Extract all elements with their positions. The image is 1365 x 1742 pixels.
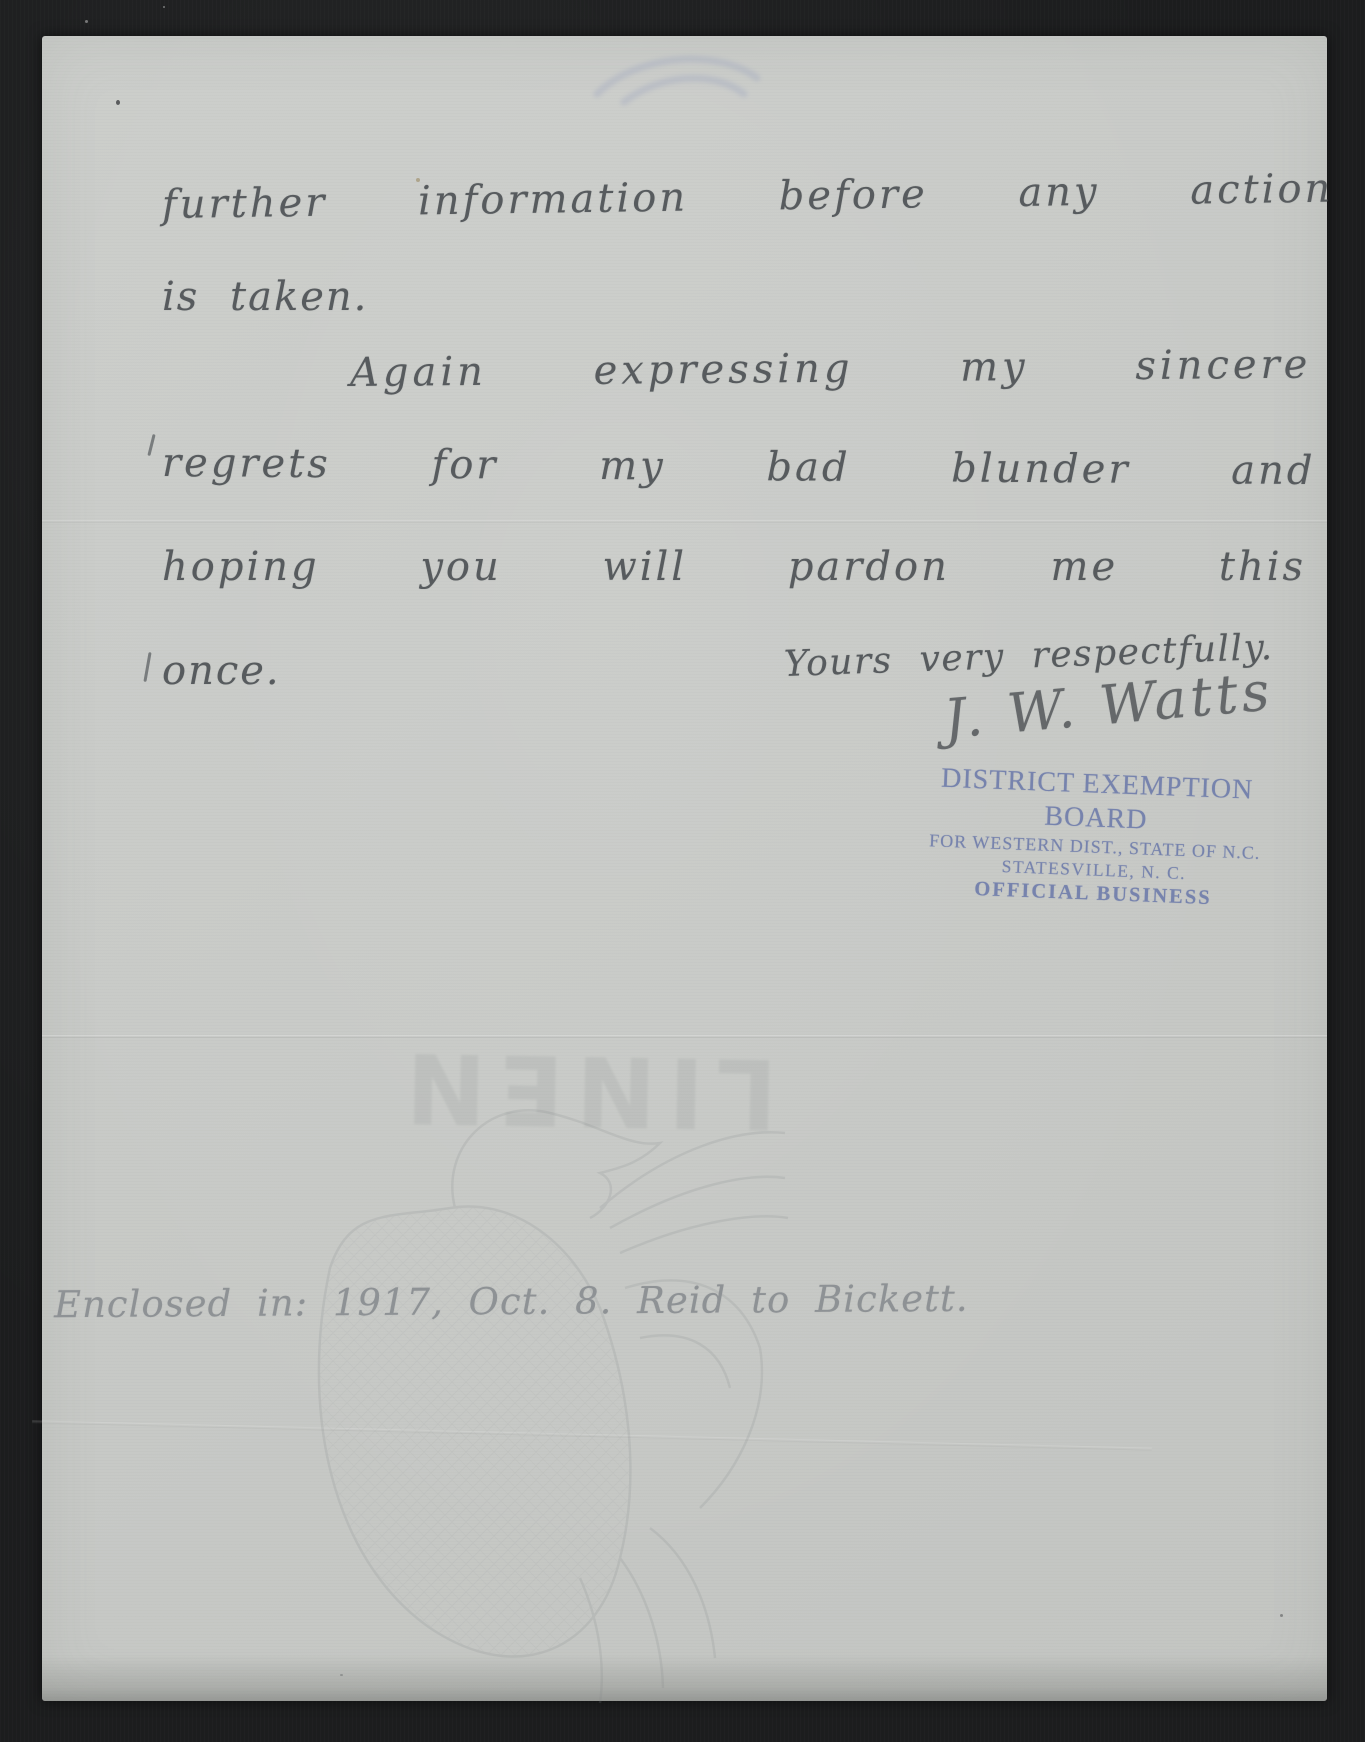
paper-speck	[116, 100, 120, 105]
exemption-board-stamp: DISTRICT EXEMPTION BOARD FOR WESTERN DIS…	[893, 760, 1298, 914]
eagle-emboss-showthrough	[270, 1088, 790, 1728]
handwritten-line: regrets for my bad blunder and	[162, 440, 1316, 494]
letter-page: LINEN further information before any act…	[42, 36, 1327, 1701]
paper-speck	[340, 1674, 343, 1676]
scan-background: LINEN further information before any act…	[0, 0, 1365, 1742]
ink-showthrough-smudge	[582, 36, 772, 116]
dust-speck	[163, 6, 165, 8]
handwritten-line: hoping you will pardon me this	[162, 544, 1306, 590]
handwritten-line: further information before any action	[162, 166, 1334, 228]
dust-speck	[85, 20, 88, 23]
handwritten-line: Again expressing my sincere	[350, 342, 1312, 396]
archival-note: Enclosed in: 1917, Oct. 8. Reid to Bicke…	[54, 1277, 969, 1326]
stray-pen-mark	[143, 652, 151, 682]
paper-speck	[416, 178, 420, 182]
fold-crease	[42, 520, 1327, 523]
paper-speck	[1280, 1614, 1283, 1617]
stray-pen-mark	[147, 434, 155, 456]
handwritten-line: is taken.	[162, 274, 368, 320]
handwritten-line: once.	[162, 648, 281, 694]
